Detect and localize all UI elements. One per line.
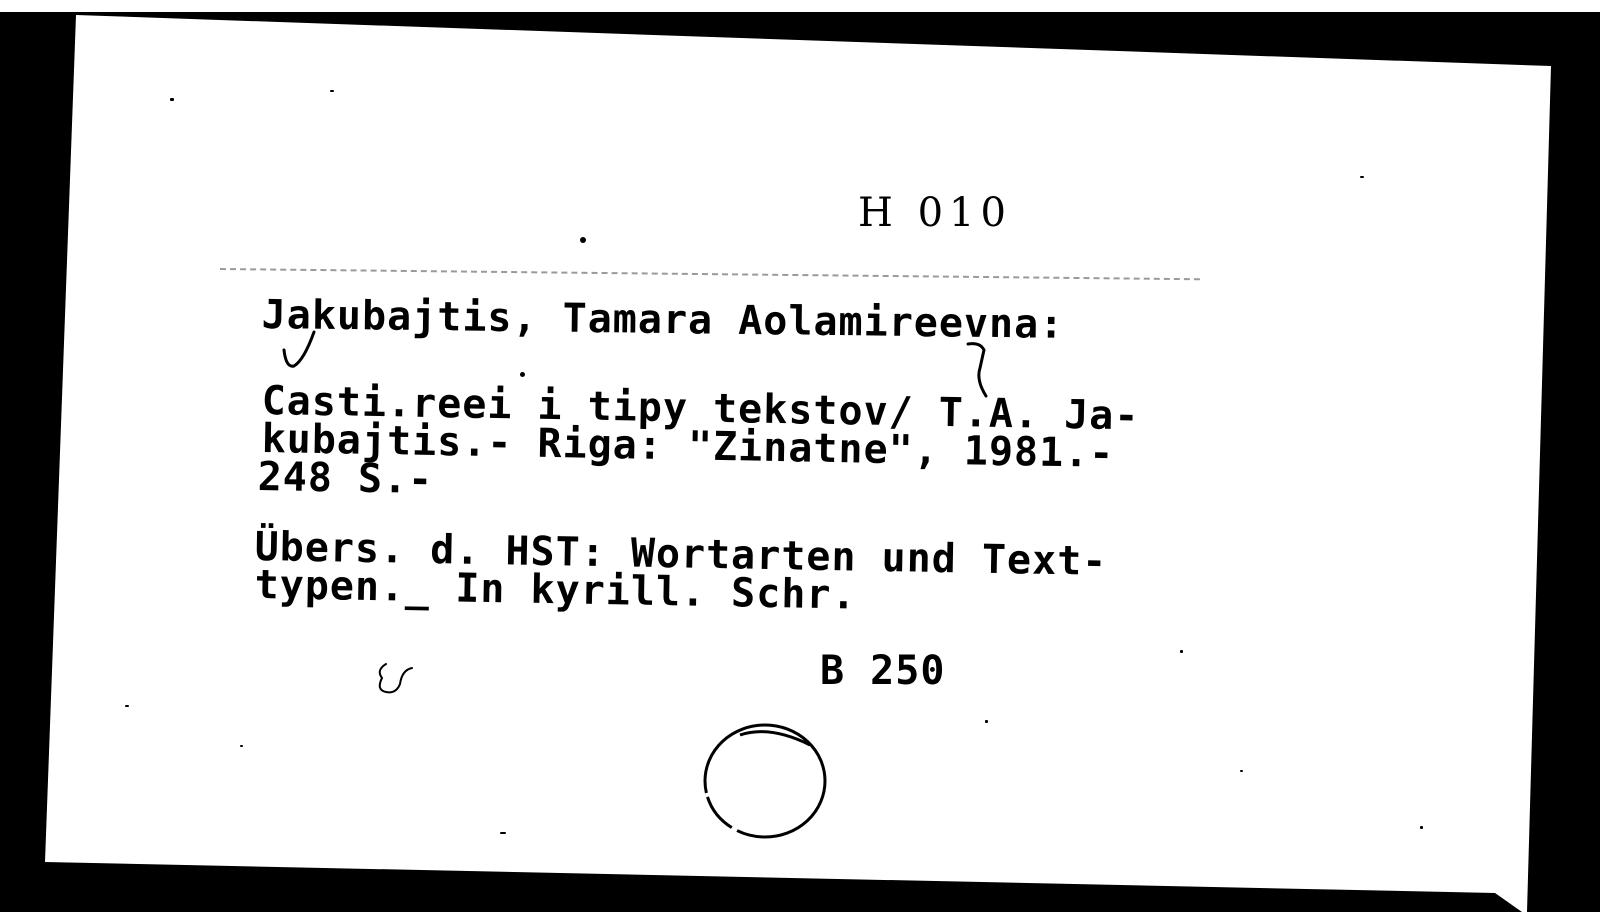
dust-speck	[125, 705, 129, 707]
dust-speck	[985, 720, 988, 723]
price: B 250	[820, 648, 945, 694]
dust-speck	[240, 745, 243, 747]
dust-speck	[1360, 176, 1364, 178]
stamp-circle-icon	[700, 715, 830, 840]
scan-top-margin	[0, 0, 1600, 12]
scan-viewport: H 010 Jakubajtis, Tamara Aolamireevna: C…	[0, 0, 1600, 912]
dust-speck	[1240, 770, 1243, 772]
dust-speck	[170, 98, 174, 101]
title-line: 248 S.-	[257, 458, 433, 499]
dust-speck	[500, 832, 506, 834]
dust-speck	[330, 90, 334, 92]
author-heading: Jakubajtis, Tamara Aolamireevna:	[261, 292, 1064, 348]
dust-speck	[1420, 826, 1423, 829]
call-number: H 010	[858, 190, 1012, 236]
dust-speck	[520, 372, 525, 377]
dust-speck	[1180, 650, 1183, 653]
note-line: typen._ In kyrill. Schr.	[254, 566, 857, 615]
insertion-mark-icon	[958, 340, 994, 400]
dust-speck	[580, 237, 586, 243]
check-mark-icon	[280, 328, 320, 372]
header-rule	[220, 268, 1200, 280]
handwritten-squiggle-icon	[372, 660, 422, 696]
catalog-card: H 010 Jakubajtis, Tamara Aolamireevna: C…	[0, 0, 1600, 912]
